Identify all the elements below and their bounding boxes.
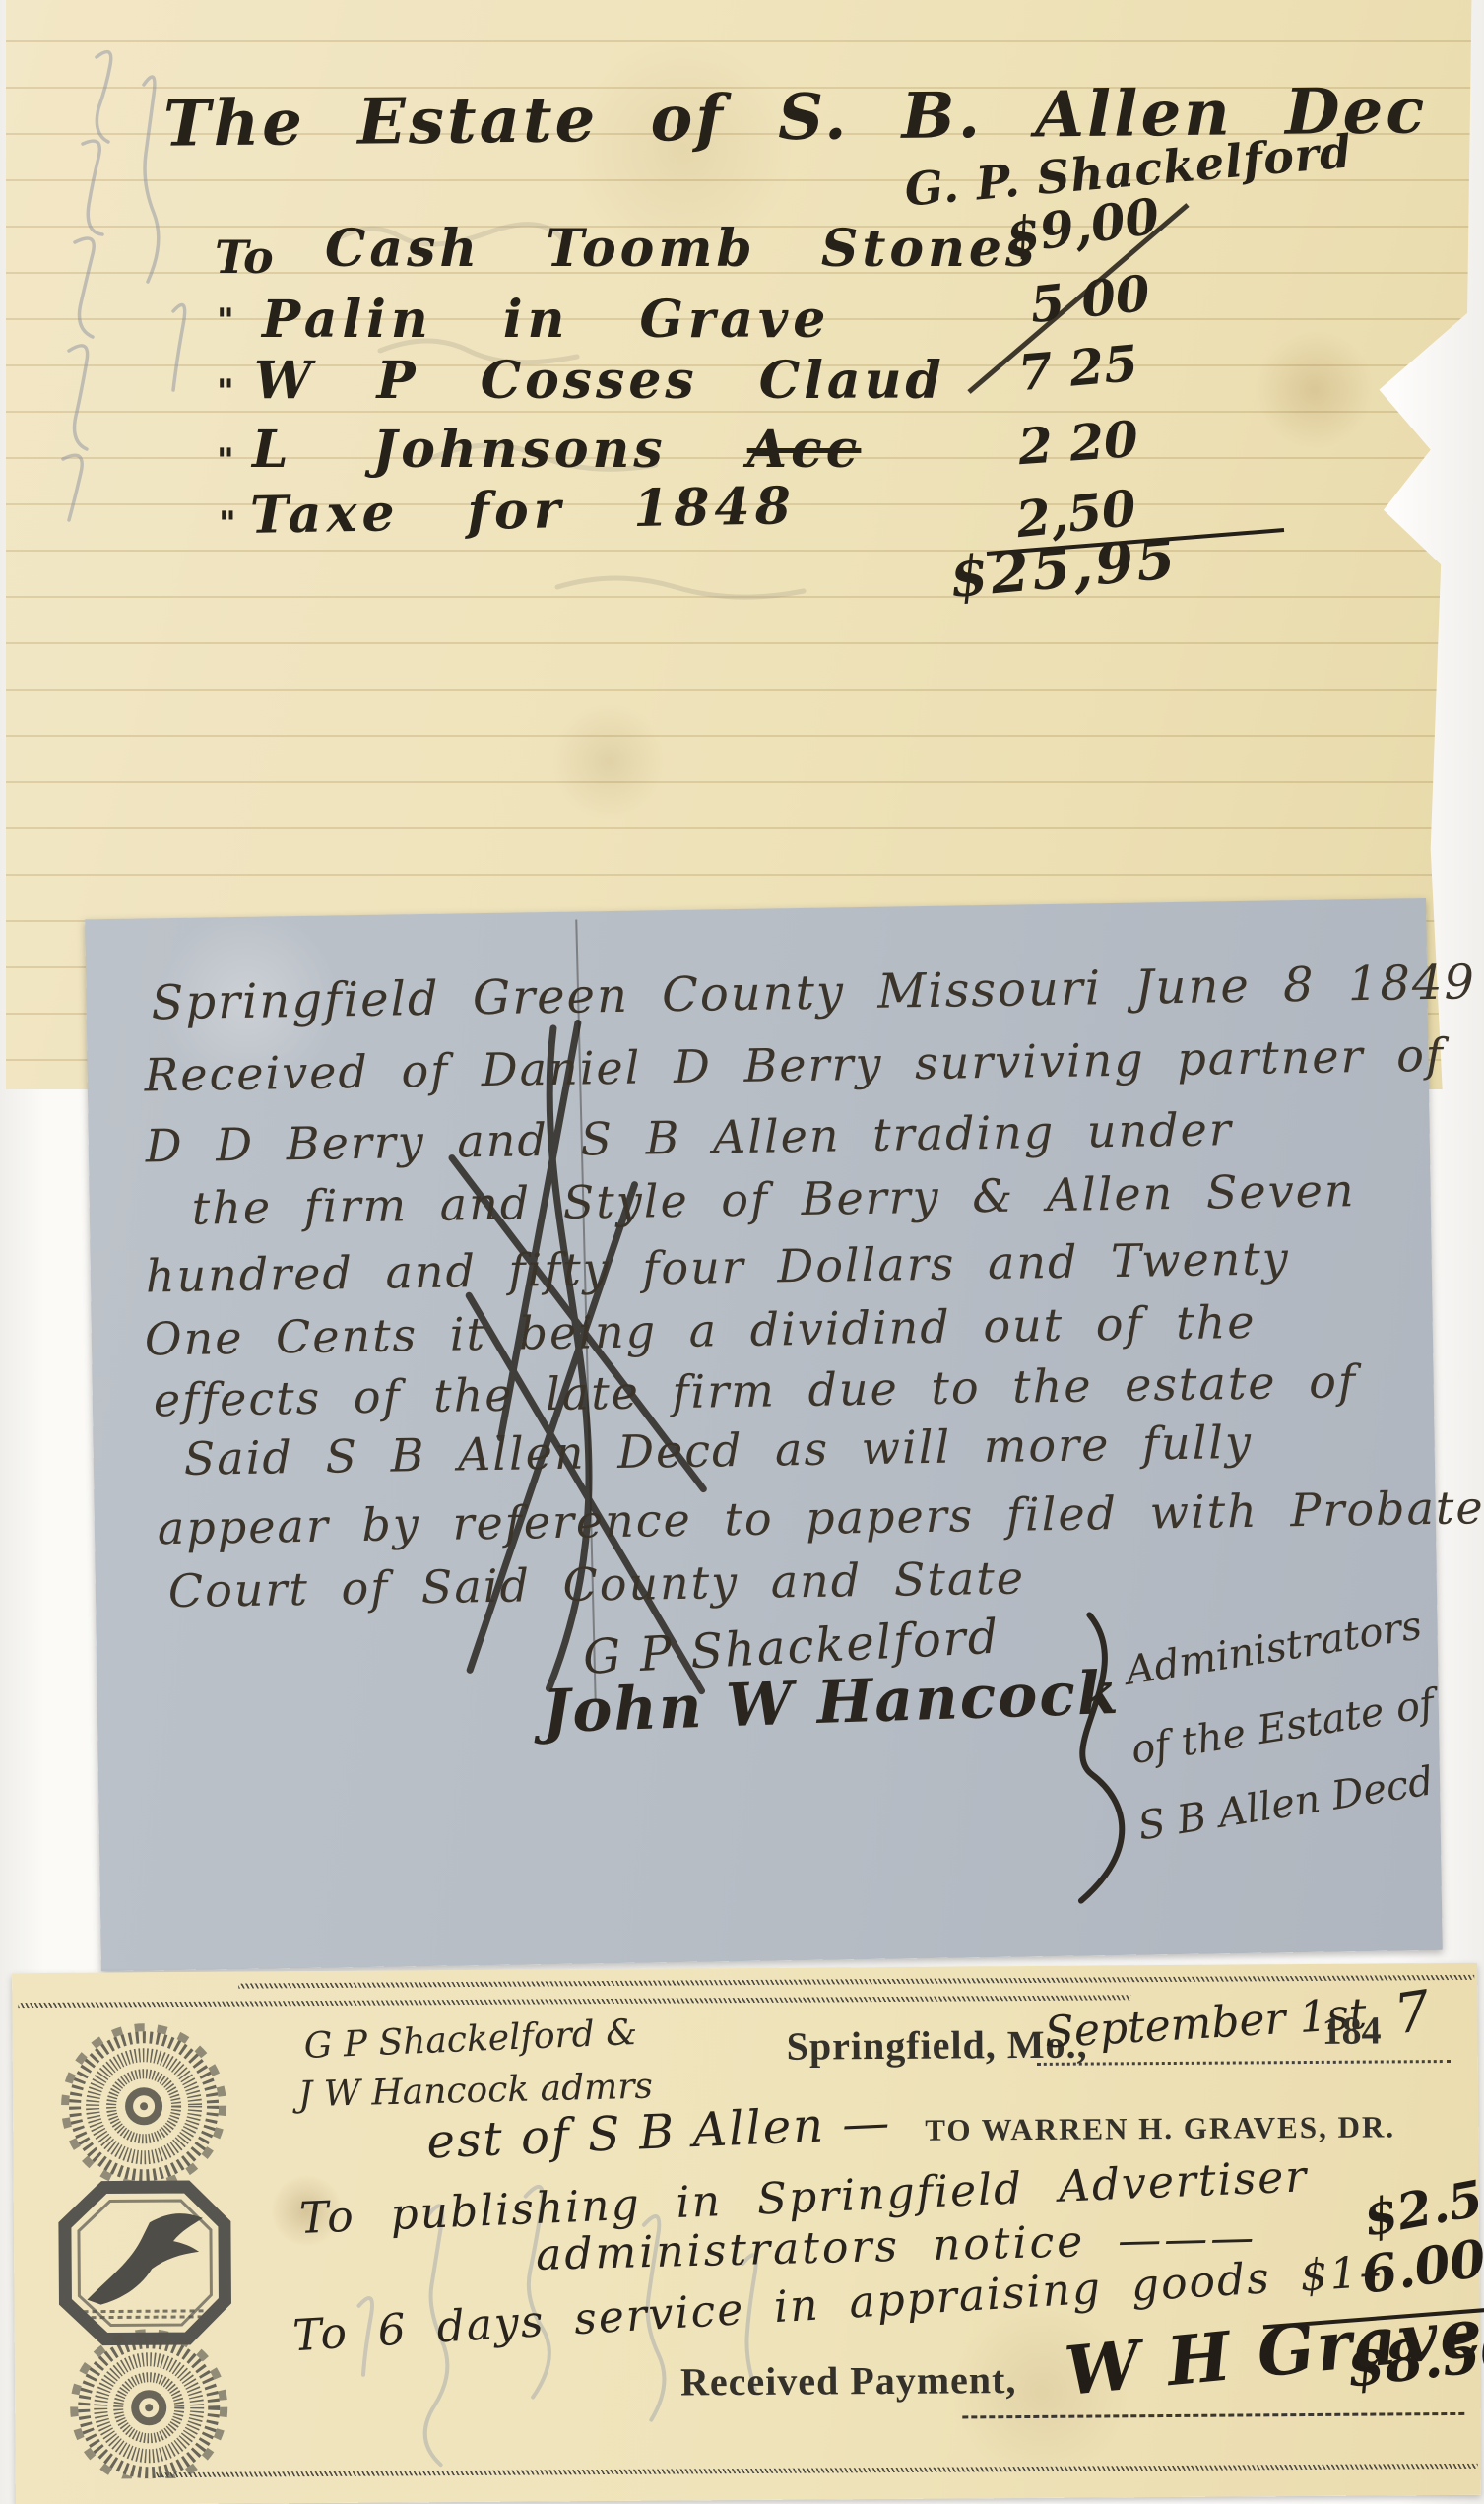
- brace-mark: [1076, 1614, 1123, 1901]
- eagle-icon: [87, 2213, 204, 2305]
- item-description: Taxe for 1848: [250, 476, 797, 546]
- debtor-line-printed: TO WARREN H. GRAVES, DR.: [925, 2109, 1395, 2147]
- role-line: Administrators: [1123, 1603, 1425, 1693]
- rosette-medallion-icon: [65, 2027, 224, 2186]
- role-line: S B Allen Decd: [1135, 1758, 1437, 1849]
- receipt-line: Court of Said County and State: [167, 1550, 1025, 1617]
- item-description: Cash Toomb Stones: [325, 219, 1038, 279]
- item-amount: 7 25: [1016, 334, 1140, 402]
- receipt-line: appear by reference to papers filed with…: [157, 1481, 1484, 1554]
- receipt-line: Received of Daniel D Berry surviving par…: [144, 1028, 1445, 1102]
- zigzag-border-top-right: [238, 1975, 1474, 1989]
- item-description: W P Cosses Claud: [254, 351, 945, 411]
- item-description-text: L Johnsons: [252, 420, 667, 480]
- receipt-line: D D Berry and S B Allen trading under: [145, 1102, 1233, 1172]
- ornament-column: [30, 2014, 259, 2479]
- graves-bill-document: G P Shackelford & J W Hancock admrs est …: [12, 1963, 1481, 2504]
- ditto-mark: ": [217, 441, 234, 481]
- receipt-1849-document: Springfield Green County Missouri June 8…: [85, 898, 1443, 1971]
- receipt-line: One Cents it being a dividind out of the: [144, 1295, 1256, 1366]
- receipt-line: hundred and fifty four Dollars and Twent…: [145, 1231, 1290, 1302]
- payee-line: G P Shackelford &: [303, 2012, 638, 2067]
- zigzag-border-bottom: [154, 2464, 1478, 2477]
- signature-underline: [962, 2377, 1464, 2419]
- rosette-medallion-icon: [74, 2333, 225, 2479]
- eagle-octagon-icon: [65, 2187, 226, 2339]
- receipt-line: the firm and Style of Berry & Allen Seve…: [191, 1163, 1355, 1235]
- item-amount: 2 20: [1016, 410, 1140, 476]
- role-line: of the Estate of: [1129, 1681, 1438, 1774]
- date-underline: [1037, 2020, 1451, 2066]
- item-prefix: To: [215, 231, 274, 284]
- ditto-mark: ": [217, 372, 234, 412]
- zigzag-border-top-left: [18, 1995, 1130, 2008]
- ditto-mark: ": [219, 504, 236, 544]
- item-description: Palin in Grave: [262, 290, 830, 350]
- ditto-mark: ": [217, 301, 234, 341]
- item-description: L Johnsons Acc: [252, 420, 861, 480]
- receipt-line: Said S B Allen Decd as will more fully: [183, 1416, 1253, 1485]
- receipt-line: Springfield Green County Missouri June 8…: [151, 955, 1476, 1030]
- item-struck-word: Acc: [747, 420, 862, 480]
- scanned-archive-page: { "page": {"background_color": "#fbfaf7"…: [0, 0, 1484, 2504]
